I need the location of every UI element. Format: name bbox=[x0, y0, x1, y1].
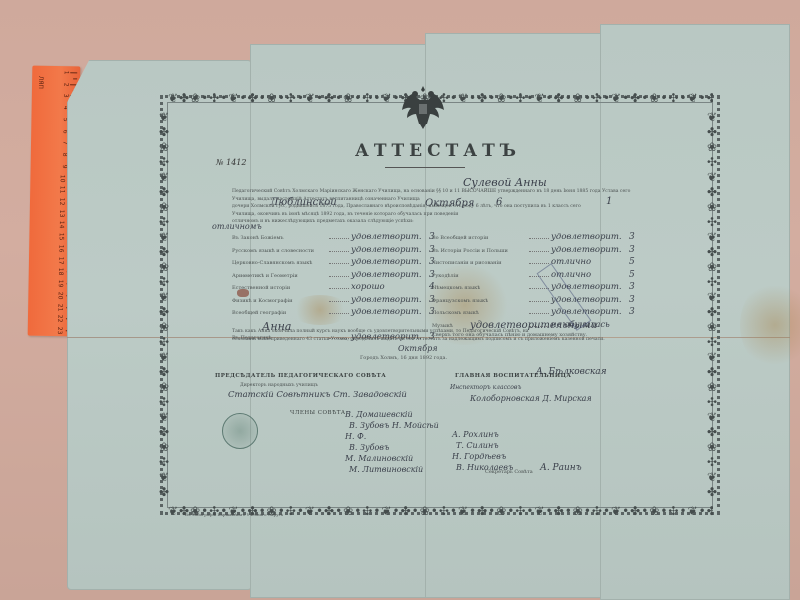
intro-line: Педагогический Совѣтъ Холмскаго Маріинск… bbox=[232, 188, 702, 196]
conclusion-line: основаніи вышеприведеннаго 43 статьи Уст… bbox=[232, 336, 702, 344]
grade-leader-dots bbox=[329, 248, 349, 252]
intro-line: отличномъ и въ нижеслѣдующихъ предметахъ… bbox=[232, 218, 702, 226]
member-signature: А. Рохлинъ bbox=[452, 430, 499, 439]
member-signature: В. Домашевскій bbox=[345, 410, 413, 419]
conclusion-paragraph: Такъ какъ Анна окончила полный курсъ нау… bbox=[232, 328, 702, 343]
grade-subject: Во Всеобщей исторіи bbox=[432, 235, 527, 241]
grade-score: 3 bbox=[629, 282, 635, 292]
grade-subject: Всеобщей географіи bbox=[232, 310, 327, 316]
grade-row: Естественной исторіихорошо4 bbox=[232, 282, 435, 292]
grade-subject: Чистописаніи и рисованіи bbox=[432, 260, 527, 266]
number-label: № bbox=[216, 158, 224, 167]
grade-score: 3 bbox=[629, 307, 635, 317]
certificate-document: ❦✤❀•✣•❦•✤•❀•✣•❦•✤•❀•✣•❦•✤•❀•✣•❦•✤•❀•✣•❦•… bbox=[0, 0, 800, 600]
title-underline bbox=[385, 167, 465, 168]
ornament-right: ❦✤❀✣❦✤❀✣❦✤❀✣❦✤❀✣❦✤❀✣❦✤❀✣❦✤❀✣❦✤❀✣❦✤❀✣❦✤ bbox=[706, 110, 718, 500]
grade-subject: Въ Исторіи Россіи и Польши bbox=[432, 248, 527, 254]
member-signature: В. Зубовъ bbox=[349, 443, 389, 452]
member-signature: Н. Ф. bbox=[345, 432, 366, 441]
grade-leader-dots bbox=[529, 260, 549, 264]
member-signature: М. Литвиновскій bbox=[349, 465, 423, 474]
grade-score: 3 bbox=[629, 245, 635, 255]
grade-row: Русскомъ языкѣ и словесностиудовлетворит… bbox=[232, 245, 435, 255]
intro-line: Училища, окончивъ въ іюнѣ мѣсяцѣ 1892 го… bbox=[232, 211, 702, 219]
age-handwritten: 6 bbox=[496, 197, 502, 208]
secretary-signature: А. Раинъ bbox=[540, 463, 582, 473]
grade-subject: Рукодѣліи bbox=[432, 273, 527, 279]
grade-leader-dots bbox=[329, 298, 349, 302]
member-signature: В. Зубовъ Н. Мойсѣй bbox=[349, 421, 439, 430]
conclusion-line: Такъ какъ Анна окончила полный курсъ нау… bbox=[232, 328, 702, 336]
grade-row: Во Всеобщей исторіиудовлетворит.3 bbox=[432, 232, 635, 242]
grade-leader-dots bbox=[329, 235, 349, 239]
grade-subject: Церковно-Славянскомъ языкѣ bbox=[232, 260, 327, 266]
member-signature: М. Малиновскій bbox=[345, 454, 413, 463]
grade-row: Въ Законѣ Божіемъудовлетворит.3 bbox=[232, 232, 435, 242]
number-value: 1412 bbox=[226, 158, 246, 167]
certificate-number: № 1412 bbox=[216, 158, 246, 167]
grade-row: Всеобщей географіиудовлетворит.3 bbox=[232, 307, 435, 317]
grade-word: удовлетворит. bbox=[551, 232, 629, 242]
grade-leader-dots bbox=[329, 285, 349, 289]
grade-score: 3 bbox=[629, 232, 635, 242]
grade-subject: Въ Законѣ Божіемъ bbox=[232, 235, 327, 241]
grade-score: 5 bbox=[629, 270, 635, 280]
conclusion-name-handwritten: Анна bbox=[262, 320, 291, 333]
grade-leader-dots bbox=[529, 248, 549, 252]
grade-leader-dots bbox=[529, 310, 549, 314]
grade-row: Польскомъ языкѣудовлетворит.3 bbox=[432, 307, 635, 317]
grade-row: Рукодѣліиотлично5 bbox=[432, 270, 635, 280]
double-headed-eagle-icon bbox=[398, 82, 448, 132]
conduct-handwritten: отличномъ bbox=[212, 222, 262, 231]
certificate-title: АТТЕСТАТЪ bbox=[355, 141, 521, 161]
grade-row: Чистописаніи и рисованіиотлично5 bbox=[432, 257, 635, 267]
member-signature: Н. Гордѣевъ bbox=[452, 452, 506, 461]
grade-subject: Ариѳметикѣ и Геометріи bbox=[232, 273, 327, 279]
grade-leader-dots bbox=[329, 260, 349, 264]
grade-leader-dots bbox=[529, 235, 549, 239]
paper-damage bbox=[237, 289, 249, 297]
province-handwritten: Люблинской bbox=[270, 197, 337, 208]
head-line2: Инспекторъ классовъ bbox=[450, 384, 521, 391]
grade-row: Нѣмецкомъ языкѣудовлетворит.3 bbox=[432, 282, 635, 292]
place-date: Городъ Холмъ, 16 дня 1892 года. bbox=[360, 355, 447, 363]
grade-word: удовлетворит. bbox=[351, 257, 429, 267]
head-signature: А. Бѣлковская bbox=[536, 367, 607, 377]
members-label: ЧЛЕНЫ СОВѢТА bbox=[290, 410, 346, 416]
printer-line: Въ Типографіи Варшавскаго Учебнаго Округ… bbox=[185, 512, 283, 517]
chairman-title: ПРЕДСѢДАТЕЛЬ ПЕДАГОГИЧЕСКАГО СОВѢТА bbox=[215, 373, 386, 379]
photograph: ЛЯП 123456789101112131415161718192021222… bbox=[0, 0, 800, 600]
student-name: Сулевой Анны bbox=[463, 176, 547, 189]
grade-subject: Французскомъ языкѣ bbox=[432, 298, 527, 304]
grade-score: 5 bbox=[629, 257, 635, 267]
grade-subject: Польскомъ языкѣ bbox=[432, 310, 527, 316]
secretary-label: Секретарь Совѣта bbox=[485, 469, 533, 477]
grade-row: Церковно-Славянскомъ языкѣудовлетворит.3 bbox=[232, 257, 435, 267]
grade-word: удовлетворит. bbox=[351, 245, 429, 255]
head-line3: Колоборновская Д. Мирская bbox=[470, 394, 592, 403]
date-month-handwritten: Октября bbox=[398, 344, 438, 353]
grade-word: отлично bbox=[551, 257, 629, 267]
grade-word: удовлетворит. bbox=[351, 270, 429, 280]
month-handwritten: Октября bbox=[425, 198, 474, 209]
grade-leader-dots bbox=[329, 273, 349, 277]
grade-row: Французскомъ языкѣудовлетворит.3 bbox=[432, 295, 635, 305]
grade-subject: Русскомъ языкѣ и словесности bbox=[232, 248, 327, 254]
grade-word: хорошо bbox=[351, 282, 429, 292]
grade-score: 3 bbox=[629, 295, 635, 305]
grade-leader-dots bbox=[529, 298, 549, 302]
grade-word: отлично bbox=[551, 270, 629, 280]
chairman-subtitle: Директоръ народныхъ училищъ bbox=[240, 382, 318, 390]
grade-row: Физикѣ и Космографіиудовлетворит.3 bbox=[232, 295, 435, 305]
ornament-left: ❦✤❀✣❦✤❀✣❦✤❀✣❦✤❀✣❦✤❀✣❦✤❀✣❦✤❀✣❦✤❀✣❦✤❀✣❦✤ bbox=[158, 110, 170, 500]
grade-word: удовлетворит. bbox=[351, 295, 429, 305]
grade-row: Ариѳметикѣ и Геометріиудовлетворит.3 bbox=[232, 270, 435, 280]
grade-word: удовлетворит. bbox=[351, 232, 429, 242]
class-handwritten: 1 bbox=[606, 196, 612, 207]
grade-word: удовлетворит. bbox=[351, 307, 429, 317]
grade-subject: Нѣмецкомъ языкѣ bbox=[432, 285, 527, 291]
member-signature: Т. Силинъ bbox=[456, 441, 499, 450]
chairman-signature: Статскій Совѣтникъ Ст. Завадовскій bbox=[228, 390, 407, 400]
grade-row: Въ Исторіи Россіи и Польшиудовлетворит.3 bbox=[432, 245, 635, 255]
grade-subject: Физикѣ и Космографіи bbox=[232, 298, 327, 304]
grade-word: удовлетворит. bbox=[551, 245, 629, 255]
grade-leader-dots bbox=[329, 310, 349, 314]
seal-stamp bbox=[222, 413, 258, 449]
